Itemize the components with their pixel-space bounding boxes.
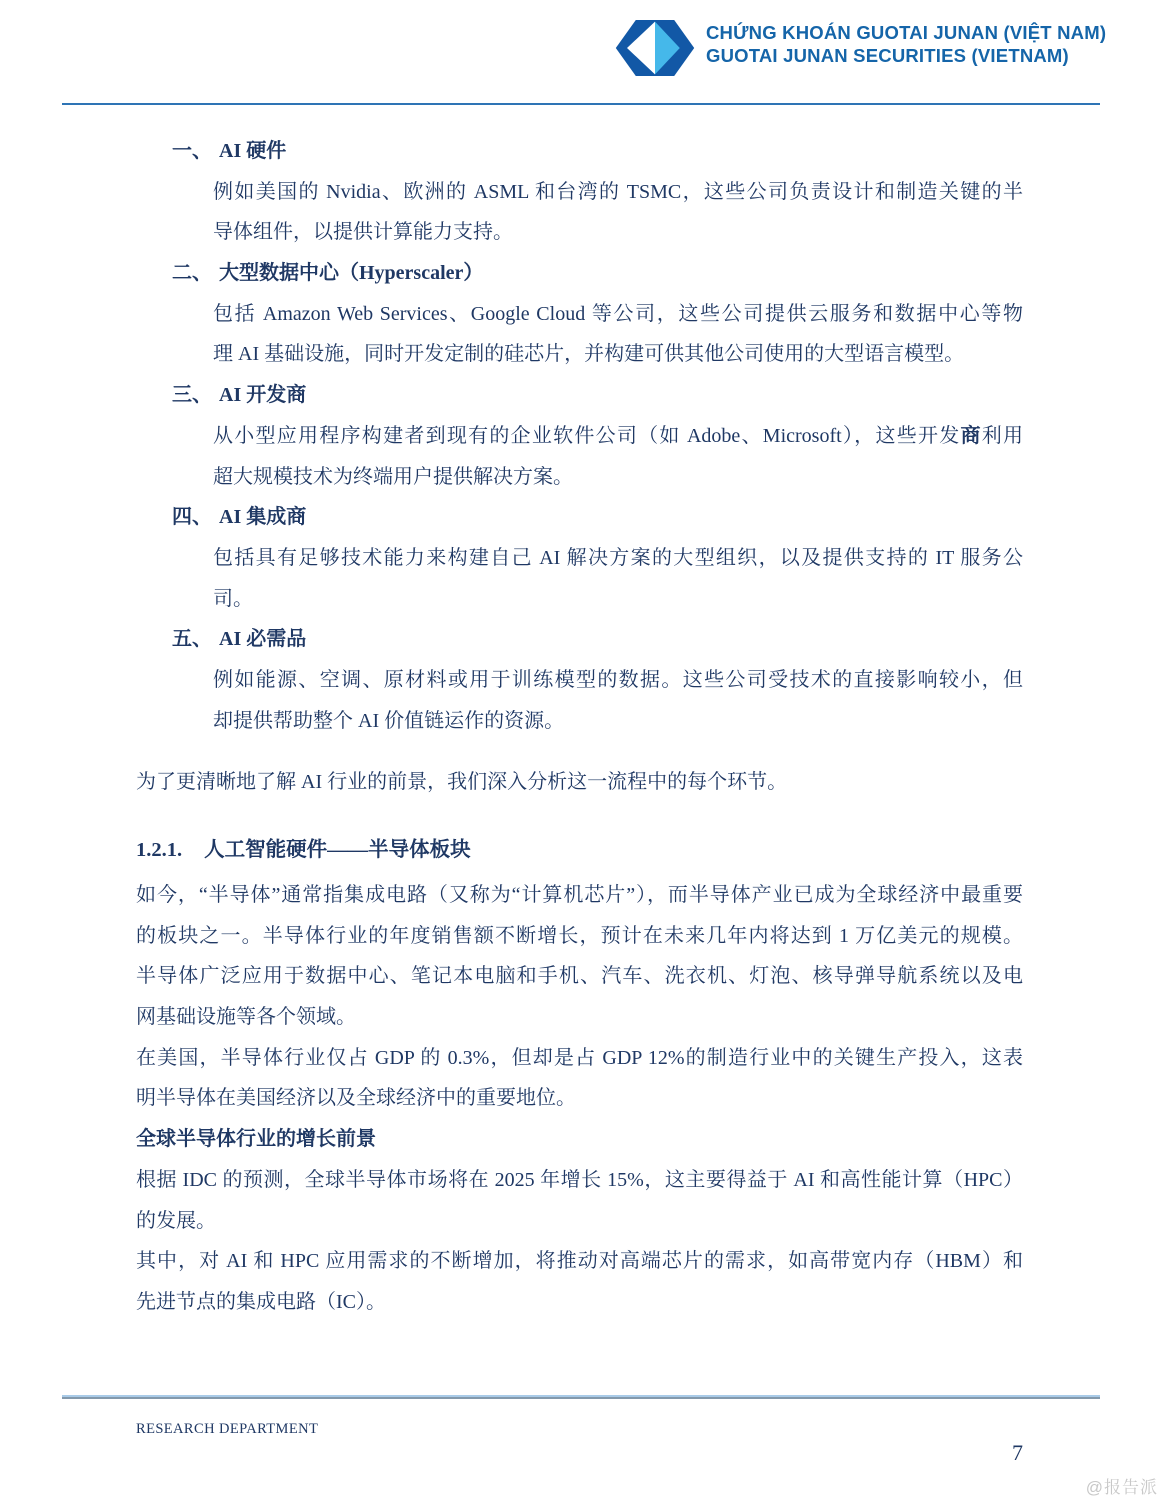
article-line: 其中，对 AI 和 HPC 应用需求的不断增加，将推动对高端芯片的需求，如高带宽…	[136, 1241, 1023, 1282]
list-item-body-line: 例如能源、空调、原材料或用于训练模型的数据。这些公司受技术的直接影响较小，但	[213, 660, 1023, 701]
list-item-body-line: 包括 Amazon Web Services、Google Cloud 等公司，…	[213, 294, 1023, 335]
section-number: 1.2.1.	[136, 839, 182, 861]
article-line: 半导体广泛应用于数据中心、笔记本电脑和手机、汽车、洗衣机、灯泡、核导弹导航系统以…	[136, 956, 1023, 997]
report-page: CHỨNG KHOÁN GUOTAI JUNAN (VIỆT NAM) GUOT…	[0, 0, 1159, 1500]
article-line: 根据 IDC 的预测，全球半导体市场将在 2025 年增长 15%，这主要得益于…	[136, 1160, 1023, 1201]
list-item-body-line: 从小型应用程序构建者到现有的企业软件公司（如 Adobe、Microsoft），…	[213, 416, 1023, 457]
article-line: 的发展。	[136, 1201, 1023, 1242]
list-item-heading: 一、AI 硬件	[172, 131, 1023, 172]
article-line: 先进节点的集成电路（IC）。	[136, 1282, 1023, 1323]
list-item-body-line: 司。	[213, 579, 1023, 620]
article-line: 在美国，半导体行业仅占 GDP 的 0.3%，但却是占 GDP 12%的制造行业…	[136, 1038, 1023, 1079]
list-item-heading: 五、AI 必需品	[172, 619, 1023, 660]
page-number: 7	[936, 1440, 1023, 1466]
list-item-body-line: 理 AI 基础设施，同时开发定制的硅芯片，并构建可供其他公司使用的大型语言模型。	[213, 334, 1023, 375]
list-item-body-line: 却提供帮助整个 AI 价值链运作的资源。	[213, 701, 1023, 742]
section-title: 人工智能硬件——半导体板块	[204, 839, 471, 861]
article-line: 网基础设施等各个领域。	[136, 997, 1023, 1038]
article-line: 如今，“半导体”通常指集成电路（又称为“计算机芯片”），而半导体产业已成为全球经…	[136, 875, 1023, 916]
article-line: 明半导体在美国经济以及全球经济中的重要地位。	[136, 1078, 1023, 1119]
research-department-label: RESEARCH DEPARTMENT	[136, 1421, 318, 1438]
footer-divider	[62, 1395, 1100, 1399]
company-name: CHỨNG KHOÁN GUOTAI JUNAN (VIỆT NAM) GUOT…	[706, 21, 1106, 67]
list-item-heading: 三、AI 开发商	[172, 375, 1023, 416]
article-line: 的板块之一。半导体行业的年度销售额不断增长，预计在未来几年内将达到 1 万亿美元…	[136, 916, 1023, 957]
intro-paragraph: 为了更清晰地了解 AI 行业的前景，我们深入分析这一流程中的每个环节。	[136, 762, 1023, 803]
company-name-vietnamese: CHỨNG KHOÁN GUOTAI JUNAN (VIỆT NAM)	[706, 21, 1106, 44]
list-item-heading: 四、AI 集成商	[172, 497, 1023, 538]
list-item-body-line: 包括具有足够技术能力来构建自己 AI 解决方案的大型组织，以及提供支持的 IT …	[213, 538, 1023, 579]
subheading-semiconductor-outlook: 全球半导体行业的增长前景	[136, 1119, 1023, 1160]
company-logo-icon	[615, 16, 695, 80]
list-item-body-line: 超大规模技术为终端用户提供解决方案。	[213, 457, 1023, 498]
section-heading: 1.2.1.人工智能硬件——半导体板块	[136, 830, 1023, 871]
watermark: @报告派	[1086, 1473, 1158, 1498]
header-divider	[62, 103, 1100, 105]
list-item-heading: 二、大型数据中心（Hyperscaler）	[172, 253, 1023, 294]
list-item-body-line: 导体组件，以提供计算能力支持。	[213, 212, 1023, 253]
ai-value-chain-list: 一、AI 硬件例如美国的 Nvidia、欧洲的 ASML 和台湾的 TSMC，这…	[172, 131, 1023, 741]
company-name-english: GUOTAI JUNAN SECURITIES (VIETNAM)	[706, 44, 1106, 67]
list-item-body-line: 例如美国的 Nvidia、欧洲的 ASML 和台湾的 TSMC，这些公司负责设计…	[213, 172, 1023, 213]
article-body: 如今，“半导体”通常指集成电路（又称为“计算机芯片”），而半导体产业已成为全球经…	[136, 875, 1023, 1323]
